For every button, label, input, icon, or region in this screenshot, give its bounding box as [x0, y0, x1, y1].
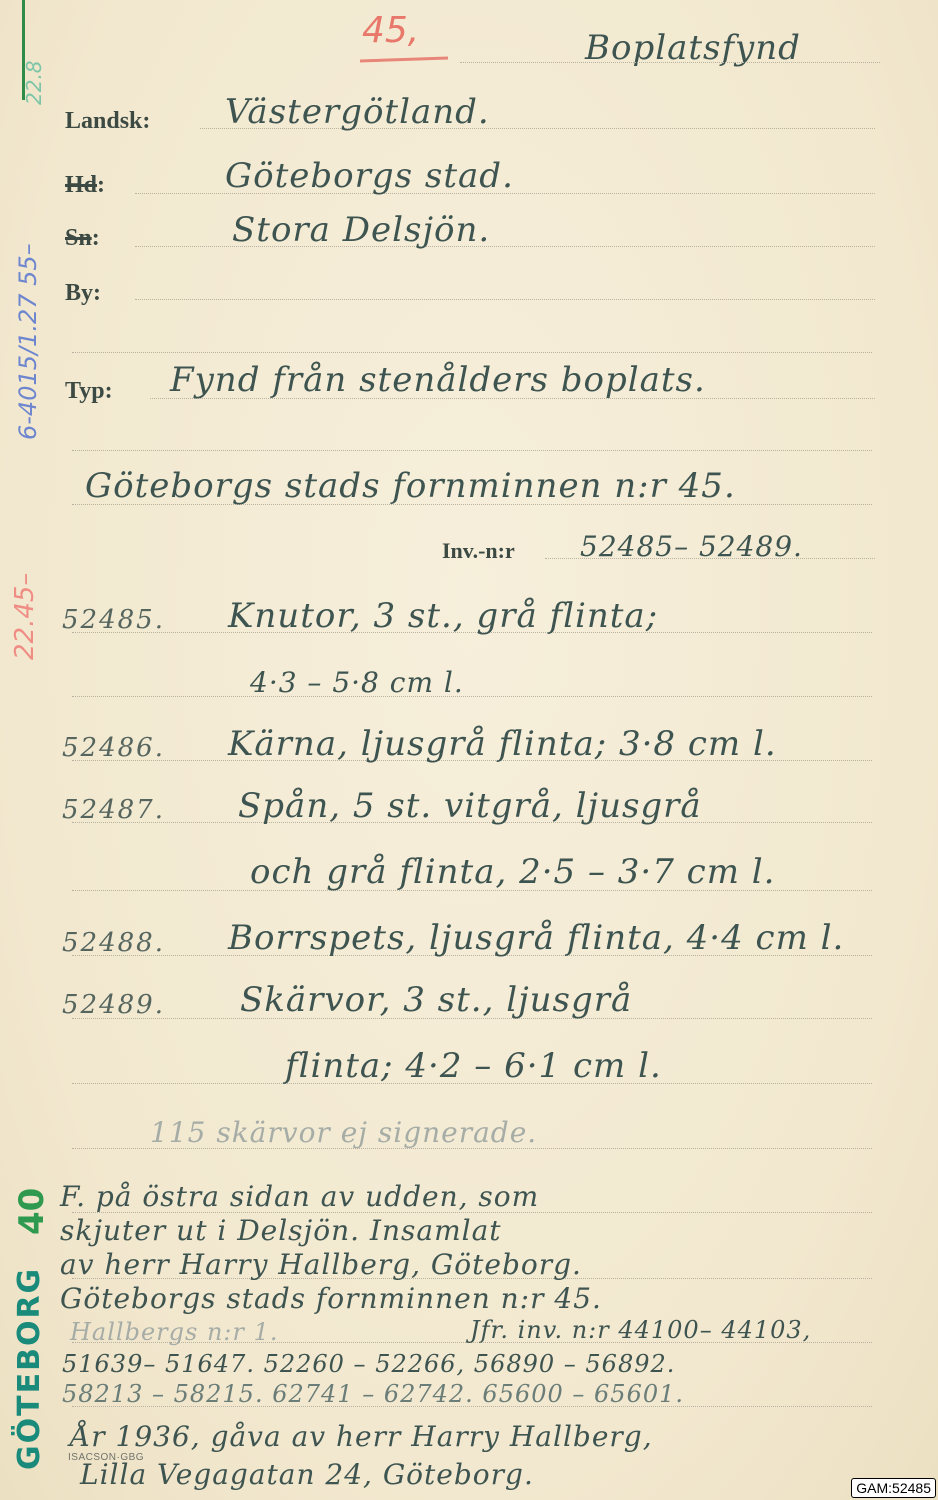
label-typ: Typ:	[65, 378, 113, 405]
ruling	[72, 352, 872, 353]
item-desc: Spån, 5 st. vitgrå, ljusgrå	[238, 786, 702, 826]
printer-mark: ISACSON·GBG	[68, 1452, 144, 1463]
item-number: 52487.	[62, 795, 165, 825]
ruling	[72, 696, 872, 697]
note-line: År 1936, gåva av herr Harry Hallberg,	[70, 1420, 653, 1453]
item-desc-cont: flinta; 4·2 – 6·1 cm l.	[285, 1046, 662, 1086]
note-line: 51639– 51647. 52260 – 52266, 56890 – 568…	[62, 1350, 675, 1378]
item-number: 52488.	[62, 928, 165, 958]
note-line: Lilla Vegagatan 24, Göteborg.	[80, 1458, 534, 1491]
ruling	[72, 450, 872, 451]
value-typ: Fynd från stenålders boplats.	[170, 360, 706, 400]
note-line: Göteborgs stads fornminnen n:r 45.	[60, 1282, 602, 1315]
value-hd: Göteborgs stad.	[225, 156, 514, 196]
stamp-number: 40	[12, 1188, 52, 1235]
value-sn: Stora Delsjön.	[232, 210, 490, 250]
note-line-pencil: Hallbergs n:r 1.	[70, 1318, 278, 1346]
note-line: skjuter ut i Delsjön. Insamlat	[60, 1214, 502, 1247]
label-inv: Inv.-n:r	[442, 538, 515, 564]
note-line: F. på östra sidan av udden, som	[60, 1180, 539, 1213]
red-underline	[360, 56, 448, 62]
item-desc: Skärvor, 3 st., ljusgrå	[240, 980, 632, 1020]
note-line: Jfr. inv. n:r 44100– 44103,	[470, 1316, 811, 1344]
margin-green-note: 22.8	[22, 60, 46, 105]
margin-red-note: 22.45–	[10, 573, 40, 660]
top-red-number: 45,	[362, 10, 419, 51]
ruling	[460, 62, 880, 63]
typ-line-2: Göteborgs stads fornminnen n:r 45.	[85, 466, 736, 506]
item-desc-cont: 4·3 – 5·8 cm l.	[250, 666, 464, 699]
item-desc: Knutor, 3 st., grå flinta;	[228, 596, 658, 636]
margin-blue-note: 6-4015/1.27 55–	[14, 243, 42, 440]
item-number: 52485.	[62, 605, 165, 635]
note-line: 58213 – 58215. 62741 – 62742. 65600 – 65…	[62, 1380, 684, 1408]
label-landsk: Landsk:	[65, 108, 150, 135]
pencil-note: 115 skärvor ej signerade.	[150, 1116, 537, 1149]
catalog-card: 22.8 6-4015/1.27 55– 22.45– 45, Boplatsf…	[0, 0, 938, 1500]
value-landsk: Västergötland.	[225, 92, 490, 132]
item-number: 52489.	[62, 990, 165, 1020]
catalog-id-label: GAM:52485	[851, 1478, 936, 1498]
item-number: 52486.	[62, 733, 165, 763]
item-desc: Borrspets, ljusgrå flinta, 4·4 cm l.	[228, 918, 844, 958]
label-by: By:	[65, 280, 101, 307]
item-desc-cont: och grå flinta, 2·5 – 3·7 cm l.	[250, 852, 775, 892]
ruling	[135, 299, 875, 300]
item-desc: Kärna, ljusgrå flinta; 3·8 cm l.	[228, 724, 777, 764]
label-hd: Hd:	[65, 172, 105, 199]
label-sn: Sn:	[65, 225, 100, 252]
value-inv: 52485– 52489.	[580, 530, 803, 563]
note-line: av herr Harry Hallberg, Göteborg.	[60, 1248, 582, 1281]
stamp-goteborg: GÖTEBORG	[12, 1267, 47, 1470]
